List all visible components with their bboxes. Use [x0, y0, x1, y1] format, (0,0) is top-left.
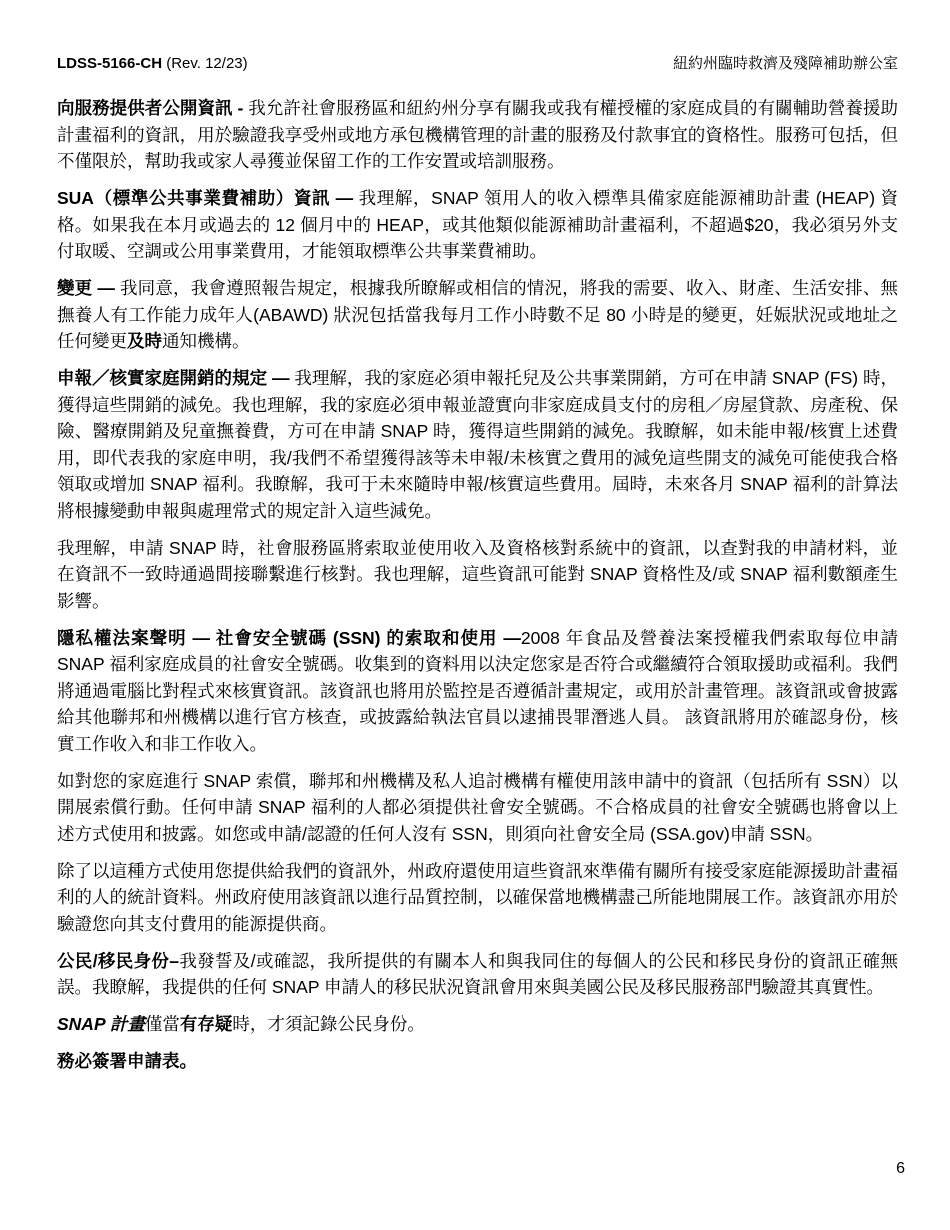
document-header: LDSS-5166-CH (Rev. 12/23) 紐約州臨時救濟及殘障補助辦公…	[57, 55, 898, 73]
paragraph: 除了以這種方式使用您提供給我們的資訊外，州政府還使用這些資訊來準備有關所有接受家…	[57, 858, 898, 938]
page-number: 6	[896, 1160, 905, 1178]
paragraph: SNAP 計畫僅當有存疑時，才須記錄公民身份。	[57, 1011, 898, 1038]
agency-name: 紐約州臨時救濟及殘障補助辦公室	[673, 55, 898, 73]
form-id: LDSS-5166-CH	[57, 55, 162, 72]
paragraph-text: 如對您的家庭進行 SNAP 索償，聯邦和州機構及私人追討機構有權使用該申請中的資…	[57, 771, 898, 844]
paragraph-emphasis: 變更 —	[57, 278, 120, 298]
paragraph: 隱私權法案聲明 — 社會安全號碼 (SSN) 的索取和使用 —2008 年食品及…	[57, 625, 898, 758]
paragraph-emphasis: SNAP 計畫	[57, 1014, 145, 1034]
paragraph: 變更 — 我同意，我會遵照報告規定，根據我所瞭解或相信的情況，將我的需要、收入、…	[57, 275, 898, 355]
paragraph-emphasis: 向服務提供者公開資訊 -	[57, 98, 248, 118]
document-page: LDSS-5166-CH (Rev. 12/23) 紐約州臨時救濟及殘障補助辦公…	[0, 0, 950, 1230]
paragraph-text: 時，才須記錄公民身份。	[232, 1014, 425, 1034]
paragraph-text: 我理解，申請 SNAP 時，社會服務區將索取並使用收入及資格核對系統中的資訊，以…	[57, 538, 898, 611]
paragraph-text: 通知機構。	[162, 331, 250, 351]
paragraph-text: 除了以這種方式使用您提供給我們的資訊外，州政府還使用這些資訊來準備有關所有接受家…	[57, 861, 898, 934]
paragraph: 如對您的家庭進行 SNAP 索償，聯邦和州機構及私人追討機構有權使用該申請中的資…	[57, 768, 898, 848]
paragraph-emphasis: 及時	[127, 331, 162, 351]
paragraph-emphasis: 有存疑	[180, 1014, 233, 1034]
paragraph: 公民/移民身份–我發誓及/或確認，我所提供的有關本人和與我同住的每個人的公民和移…	[57, 948, 898, 1001]
paragraph-text: 僅當	[145, 1014, 180, 1034]
paragraph-emphasis: 務必簽署申請表。	[57, 1051, 197, 1071]
paragraph: SUA（標準公共事業費補助）資訊 — 我理解，SNAP 領用人的收入標準具備家庭…	[57, 185, 898, 265]
paragraph-list: 向服務提供者公開資訊 - 我允許社會服務區和紐約州分享有關我或我有權授權的家庭成…	[57, 95, 898, 1075]
paragraph: 向服務提供者公開資訊 - 我允許社會服務區和紐約州分享有關我或我有權授權的家庭成…	[57, 95, 898, 175]
paragraph: 務必簽署申請表。	[57, 1048, 898, 1075]
form-revision: (Rev. 12/23)	[162, 55, 248, 72]
paragraph-emphasis: 申報／核實家庭開銷的規定 —	[57, 368, 294, 388]
paragraph: 申報／核實家庭開銷的規定 — 我理解，我的家庭必須申報托兒及公共事業開銷，方可在…	[57, 365, 898, 524]
paragraph-text: 我理解，我的家庭必須申報托兒及公共事業開銷，方可在申請 SNAP (FS) 時，…	[57, 368, 898, 521]
paragraph-emphasis: 公民/移民身份–	[57, 951, 179, 971]
paragraph: 我理解，申請 SNAP 時，社會服務區將索取並使用收入及資格核對系統中的資訊，以…	[57, 535, 898, 615]
paragraph-emphasis: 隱私權法案聲明 — 社會安全號碼 (SSN) 的索取和使用 —	[57, 628, 521, 648]
paragraph-text: 我發誓及/或確認，我所提供的有關本人和與我同住的每個人的公民和移民身份的資訊正確…	[57, 951, 898, 998]
form-identifier: LDSS-5166-CH (Rev. 12/23)	[57, 55, 248, 73]
paragraph-emphasis: SUA（標準公共事業費補助）資訊 —	[57, 188, 359, 208]
